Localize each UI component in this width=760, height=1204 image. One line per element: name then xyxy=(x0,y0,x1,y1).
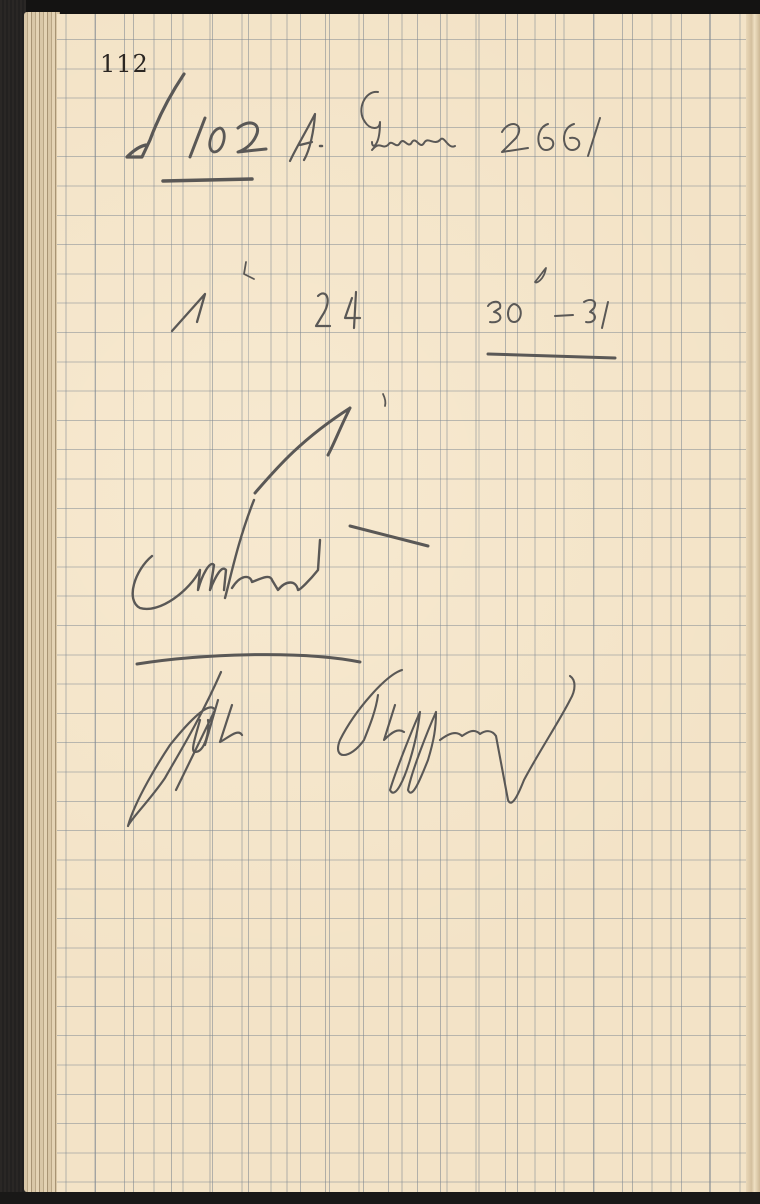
stroke-2661 xyxy=(502,118,600,156)
stroke-1 xyxy=(190,118,205,157)
stroke-overline xyxy=(137,655,360,664)
stroke-1t-sup xyxy=(244,262,254,279)
stroke-0 xyxy=(210,128,225,152)
stroke-1s xyxy=(255,408,350,493)
underline-30-31 xyxy=(488,354,615,358)
stroke-dash xyxy=(555,315,573,316)
stroke-Mend xyxy=(133,500,320,609)
stroke-2 xyxy=(238,123,266,152)
stroke-S xyxy=(127,74,184,157)
stroke-30-sup xyxy=(535,268,546,282)
stroke-30 xyxy=(488,302,521,323)
stroke-Mend-bar xyxy=(350,526,428,546)
handwriting-strokes xyxy=(0,0,760,1204)
stroke-Cunnen xyxy=(361,92,455,150)
stroke-Volle xyxy=(128,672,242,826)
stroke-A xyxy=(290,114,315,161)
stroke-24 xyxy=(316,292,360,328)
stroke-1t xyxy=(172,294,205,331)
stroke-Ossfung xyxy=(338,670,574,803)
stroke-31 xyxy=(584,300,608,328)
underline-102 xyxy=(163,179,252,181)
stroke-1s-sup xyxy=(383,394,385,406)
